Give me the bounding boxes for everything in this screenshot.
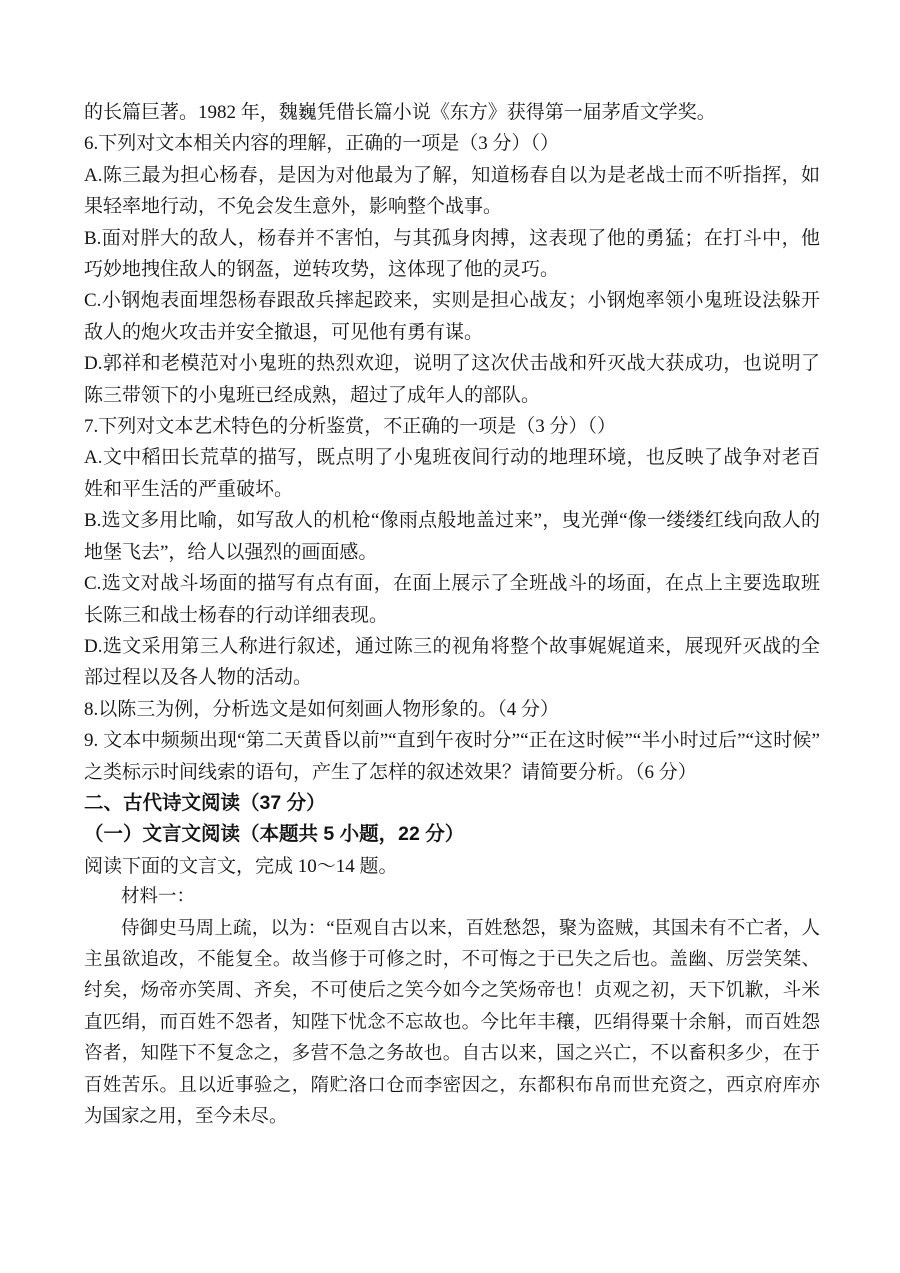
exam-paper-page: 的长篇巨著。1982 年，魏巍凭借长篇小说《东方》获得第一届茅盾文学奖。 6.下… (0, 0, 900, 1273)
question-6-option-d: D.郭祥和老模范对小鬼班的热烈欢迎，说明了这次伏击战和歼灭战大获成功，也说明了陈… (84, 348, 820, 411)
reading-instruction: 阅读下面的文言文，完成 10～14 题。 (84, 851, 820, 882)
question-7-stem: 7.下列对文本艺术特色的分析鉴赏，不正确的一项是（3 分）（） (84, 411, 820, 442)
question-7-option-a: A.文中稻田长荒草的描写，既点明了小鬼班夜间行动的地理环境，也反映了战争对老百姓… (84, 442, 820, 505)
question-9: 9. 文本中频频出现“第二天黄昏以前”“直到午夜时分”“正在这时候”“半小时过后… (84, 725, 820, 788)
question-6-option-b: B.面对胖大的敌人，杨春并不害怕，与其孤身肉搏，这表现了他的勇猛；在打斗中，他巧… (84, 223, 820, 286)
section-2-heading: 二、古代诗文阅读（37 分） (84, 788, 820, 819)
question-7-option-c: C.选文对战斗场面的描写有点有面，在面上展示了全班战斗的场面，在点上主要选取班长… (84, 568, 820, 631)
question-6-option-c: C.小钢炮表面埋怨杨春跟敌兵摔起跤来，实则是担心战友；小钢炮率领小鬼班设法躲开敌… (84, 285, 820, 348)
question-7-option-d: D.选文采用第三人称进行叙述，通过陈三的视角将整个故事娓娓道来，展现歼灭战的全部… (84, 631, 820, 694)
material-1-label: 材料一： (84, 882, 820, 913)
intro-text: 的长篇巨著。1982 年，魏巍凭借长篇小说《东方》获得第一届茅盾文学奖。 (84, 97, 820, 128)
question-6-stem: 6.下列对文本相关内容的理解，正确的一项是（3 分）（） (84, 128, 820, 159)
question-7-option-b: B.选文多用比喻，如写敌人的机枪“像雨点般地盖过来”，曳光弹“像一缕缕红线向敌人… (84, 505, 820, 568)
question-6-option-a: A.陈三最为担心杨春，是因为对他最为了解，知道杨春自以为是老战士而不听指挥，如果… (84, 160, 820, 223)
material-1-text: 侍御史马周上疏，以为：“臣观自古以来，百姓愁怨，聚为盗贼，其国未有不亡者，人主虽… (84, 914, 820, 1134)
question-8: 8.以陈三为例，分析选文是如何刻画人物形象的。（4 分） (84, 694, 820, 725)
section-2-subsection-1-heading: （一）文言文阅读（本题共 5 小题，22 分） (84, 819, 820, 850)
